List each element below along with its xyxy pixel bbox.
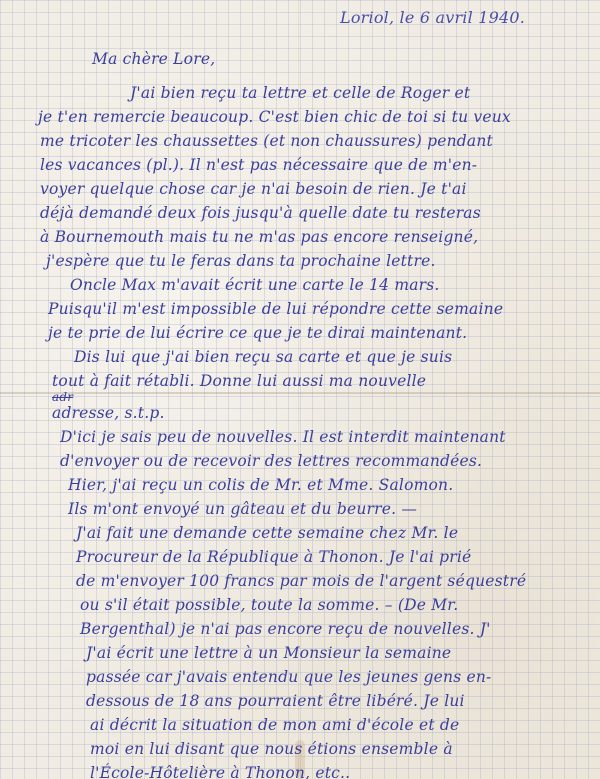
letter-line: passée car j'avais entendu que les jeune… xyxy=(86,668,492,686)
letter-line: adresse, s.t.p. xyxy=(52,404,165,422)
letter-line: Hier, j'ai reçu un colis de Mr. et Mme. … xyxy=(68,476,453,494)
letter-line: Procureur de la République à Thonon. Je … xyxy=(76,548,471,566)
letter-line: D'ici je sais peu de nouvelles. Il est i… xyxy=(60,428,506,446)
letter-line: j'espère que tu le feras dans ta prochai… xyxy=(46,252,436,270)
letter-line: voyer quelque chose car je n'ai besoin d… xyxy=(40,180,467,198)
letter-line: les vacances (pl.). Il n'est pas nécessa… xyxy=(40,156,477,174)
letter-line: ai décrit la situation de mon ami d'écol… xyxy=(90,716,459,734)
letter-line: moi en lui disant que nous étions ensemb… xyxy=(90,740,453,758)
letter-line: tout à fait rétabli. Donne lui aussi ma … xyxy=(52,372,426,390)
letter-page: Loriol, le 6 avril 1940. Ma chère Lore, … xyxy=(0,0,600,779)
letter-line: je t'en remercie beaucoup. C'est bien ch… xyxy=(38,108,511,126)
letter-line: dessous de 18 ans pourraient être libéré… xyxy=(86,692,465,710)
letter-line: à Bournemouth mais tu ne m'as pas encore… xyxy=(40,228,478,246)
letter-line: Ils m'ont envoyé un gâteau et du beurre.… xyxy=(68,500,417,518)
letter-line: d'envoyer ou de recevoir des lettres rec… xyxy=(60,452,482,470)
greeting: Ma chère Lore, xyxy=(92,50,215,68)
letter-line: Oncle Max m'avait écrit une carte le 14 … xyxy=(70,276,440,294)
letter-line: Bergenthal) je n'ai pas encore reçu de n… xyxy=(80,620,491,638)
letter-line: J'ai fait une demande cette semaine chez… xyxy=(76,524,458,542)
paper-fold-horizontal xyxy=(0,392,600,394)
letter-line: l'École-Hôtelière à Thonon, etc.. xyxy=(90,764,350,779)
letter-line: je te prie de lui écrire ce que je te di… xyxy=(48,324,467,342)
letter-line: Dis lui que j'ai bien reçu sa carte et q… xyxy=(74,348,452,366)
letter-line: déjà demandé deux fois jusqu'à quelle da… xyxy=(40,204,481,222)
letter-line: Puisqu'il m'est impossible de lui répond… xyxy=(48,300,503,318)
letter-line: ou s'il était possible, toute la somme. … xyxy=(80,596,458,614)
letter-line: J'ai écrit une lettre à un Monsieur la s… xyxy=(86,644,451,662)
place-date: Loriol, le 6 avril 1940. xyxy=(340,8,525,27)
struck-word: adr xyxy=(52,390,73,404)
letter-line: J'ai bien reçu ta lettre et celle de Rog… xyxy=(130,84,470,102)
letter-line: me tricoter les chaussettes (et non chau… xyxy=(40,132,493,150)
letter-line: de m'envoyer 100 francs par mois de l'ar… xyxy=(76,572,526,590)
